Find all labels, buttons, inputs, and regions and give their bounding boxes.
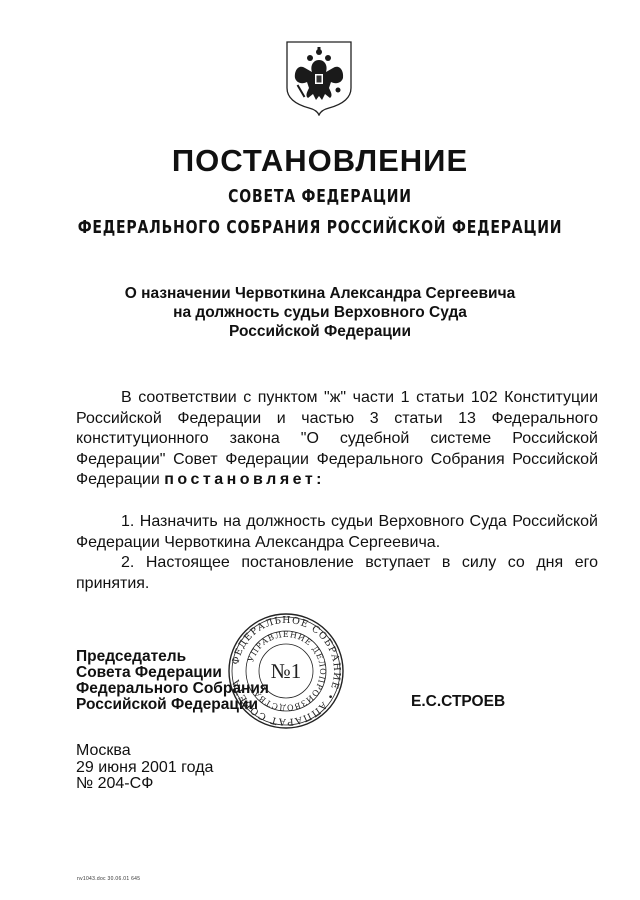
decree-word: постановляет: bbox=[164, 471, 325, 488]
signatory-name: Е.С.СТРОЕВ bbox=[411, 693, 505, 711]
subject-line: Российской Федерации bbox=[0, 322, 640, 341]
file-reference-footer: nv1043.doc 30.06.01 645 bbox=[77, 876, 140, 882]
issuer-line-2: ФЕДЕРАЛЬНОГО СОБРАНИЯ РОССИЙСКОЙ ФЕДЕРАЦ… bbox=[70, 217, 569, 238]
issue-date: 29 июня 2001 года bbox=[76, 760, 213, 777]
official-seal-stamp: ФЕДЕРАЛЬНОЕ СОБРАНИЕ • АППАРАТ СОВЕТА ФЕ… bbox=[226, 612, 346, 730]
coat-of-arms-emblem bbox=[283, 38, 355, 116]
decree-items: 1. Назначить на должность судьи Верховно… bbox=[76, 512, 598, 594]
document-title: ПОСТАНОВЛЕНИЕ bbox=[0, 143, 640, 179]
document-subject: О назначении Червоткина Александра Серге… bbox=[0, 284, 640, 341]
preamble-paragraph: В соответствии с пунктом "ж" части 1 ста… bbox=[76, 388, 598, 491]
issue-details: Москва 29 июня 2001 года № 204-СФ bbox=[76, 743, 213, 793]
subject-line: на должность судьи Верховного Суда bbox=[0, 303, 640, 322]
subject-line: О назначении Червоткина Александра Серге… bbox=[0, 284, 640, 303]
decree-item: 1. Назначить на должность судьи Верховно… bbox=[76, 512, 598, 553]
preamble-text: В соответствии с пунктом "ж" части 1 ста… bbox=[76, 389, 598, 488]
issue-place: Москва bbox=[76, 743, 213, 760]
svg-text:№1: №1 bbox=[271, 659, 302, 683]
document-number: № 204-СФ bbox=[76, 776, 213, 793]
decree-item: 2. Настоящее постановление вступает в си… bbox=[76, 553, 598, 594]
issuer-line-1: СОВЕТА ФЕДЕРАЦИИ bbox=[70, 186, 569, 207]
